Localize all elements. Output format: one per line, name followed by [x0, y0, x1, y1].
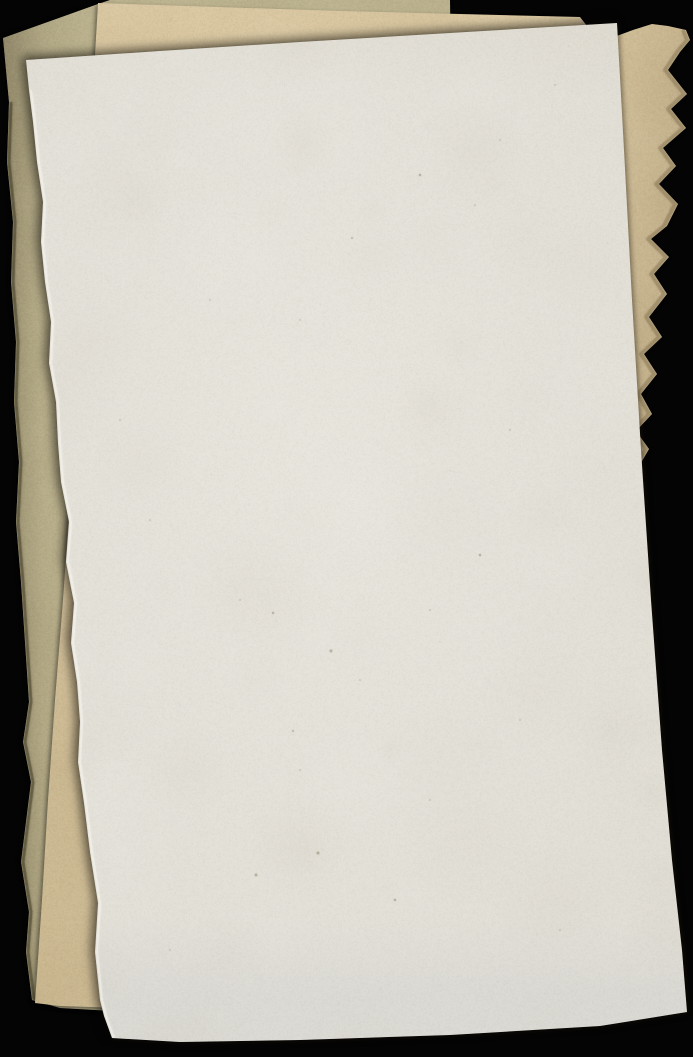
photo-stacked-torn-papers: Photograph of three stacked sheets of bl… — [0, 0, 693, 1057]
paper-texture-white-canvas — [0, 0, 693, 1057]
paper-sheet-white — [0, 0, 693, 1057]
paper-white-wrap — [0, 0, 693, 1057]
